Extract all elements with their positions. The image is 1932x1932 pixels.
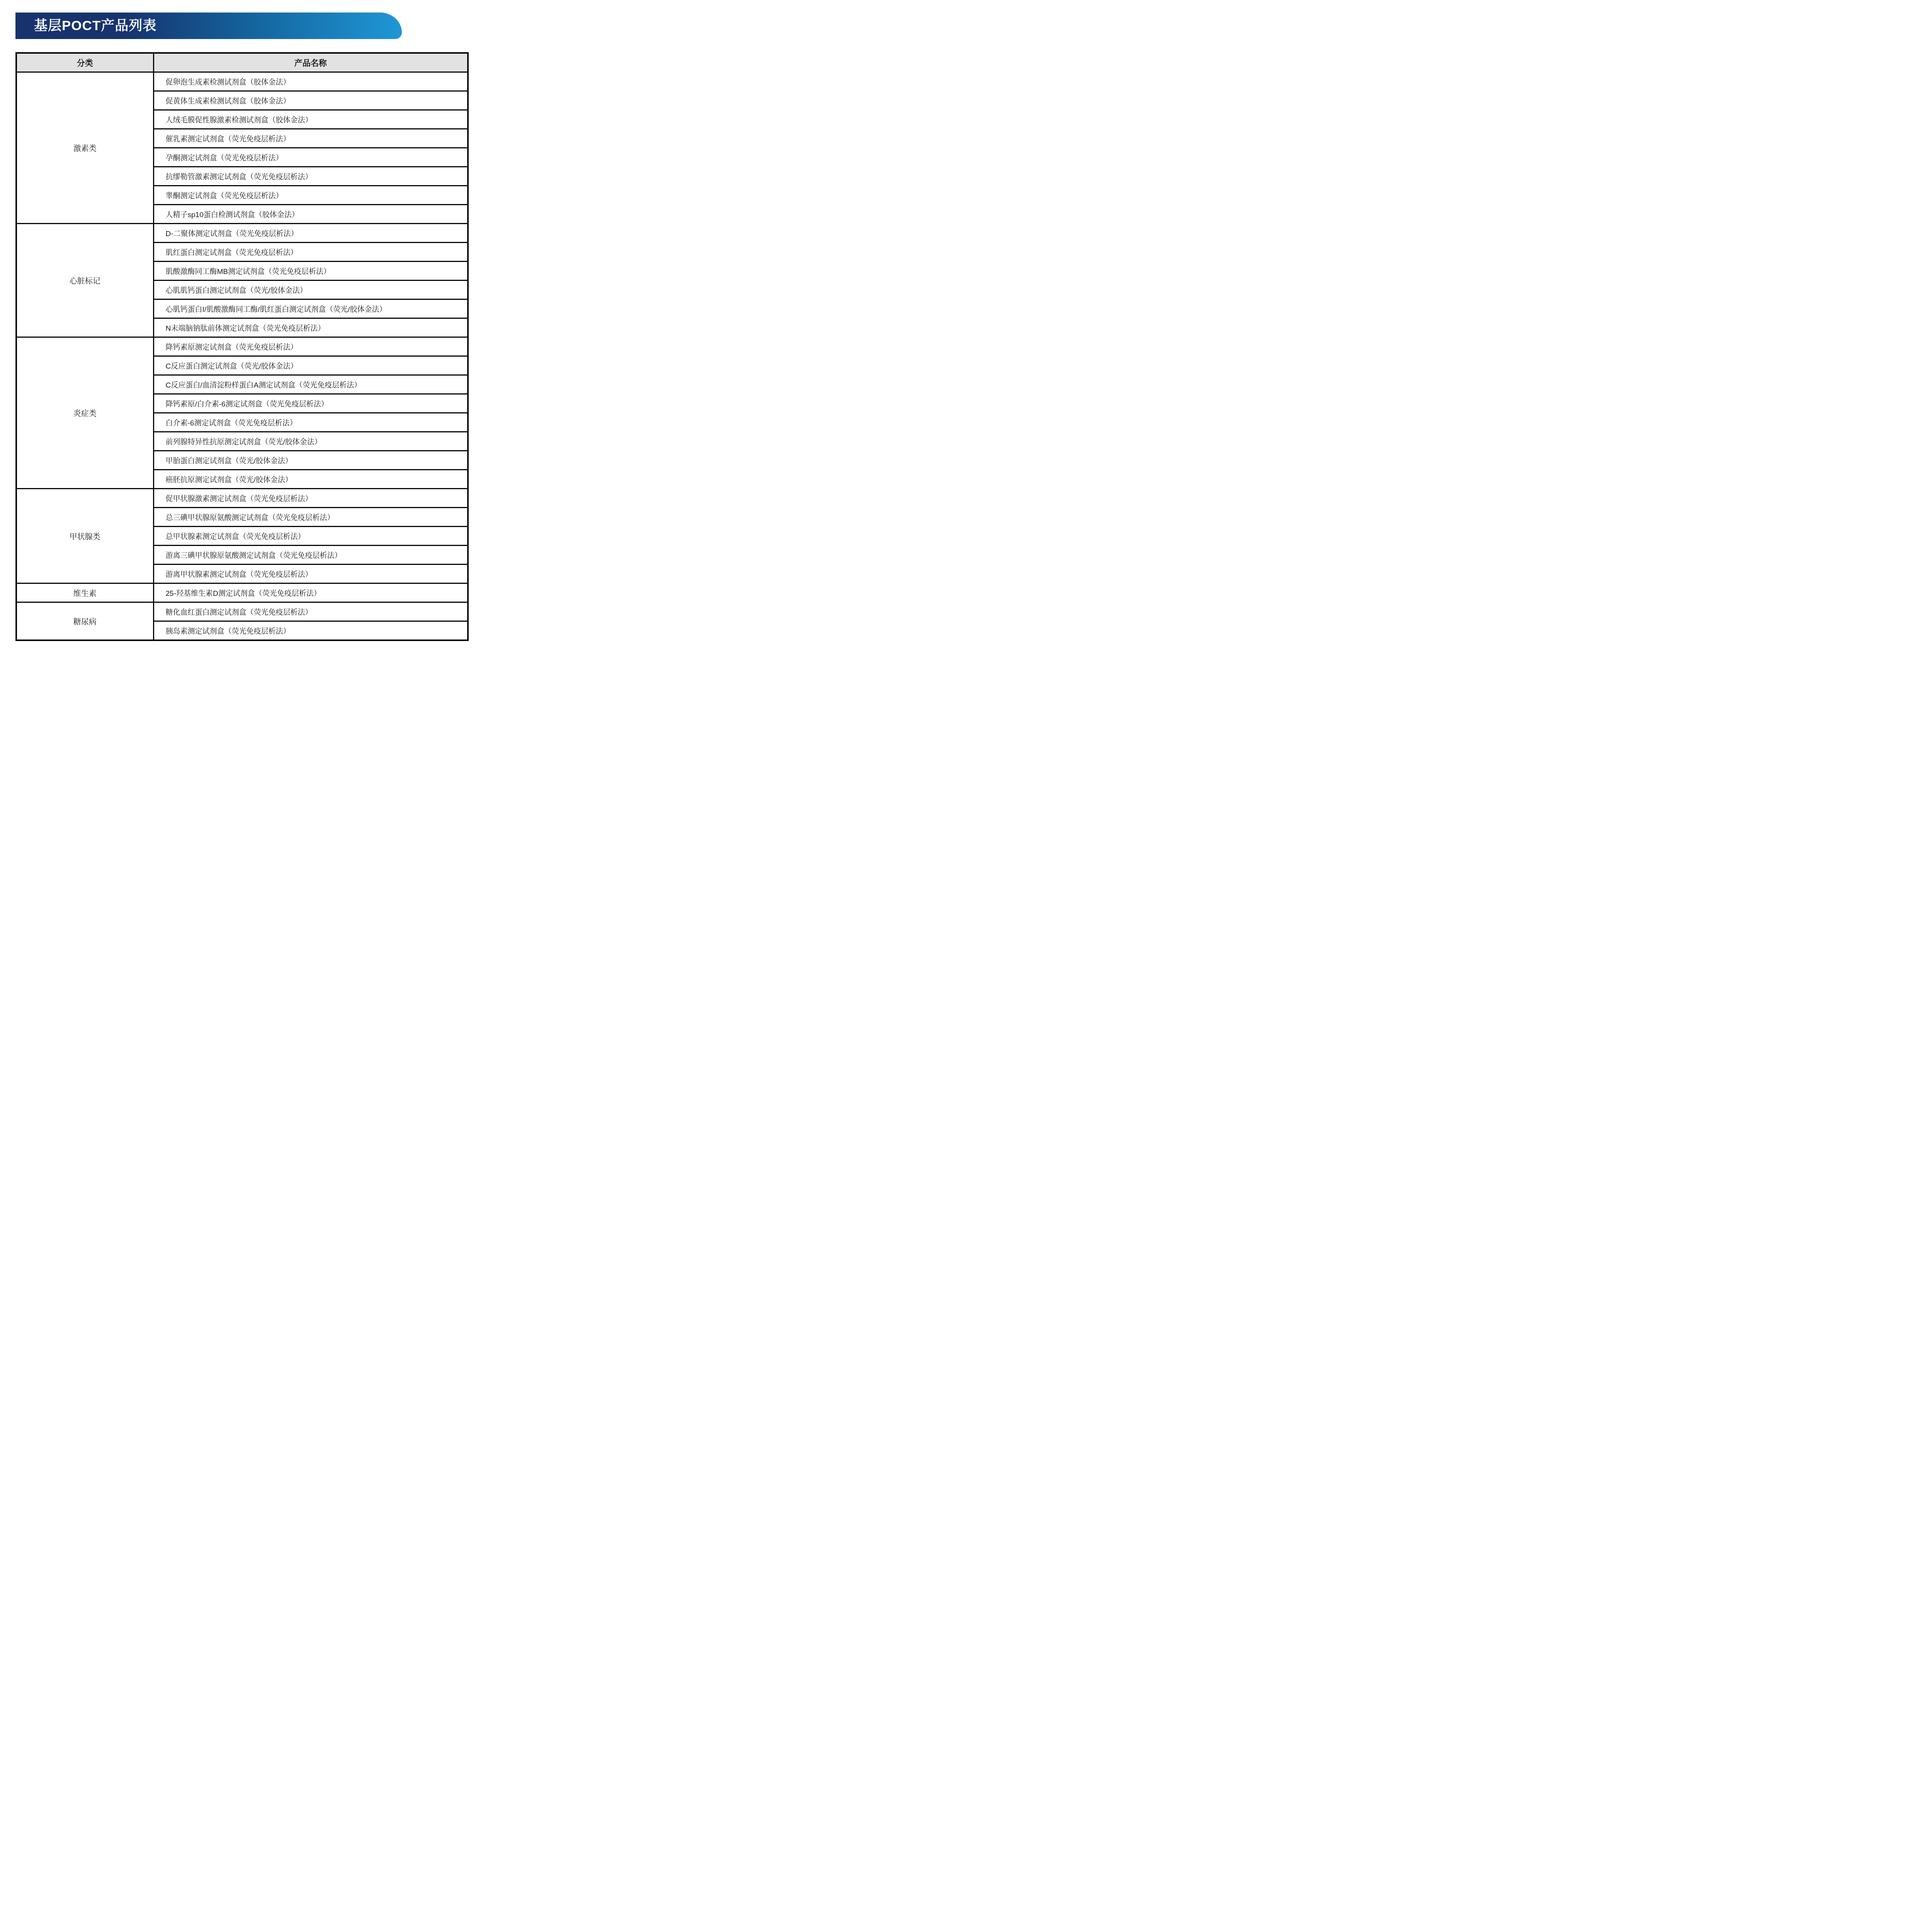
product-table: 分类 产品名称 激素类促卵泡生成素检测试剂盒（胶体金法）促黄体生成素检测试剂盒（… xyxy=(15,52,469,641)
product-cell: 促黄体生成素检测试剂盒（胶体金法） xyxy=(153,91,468,110)
product-cell: 甲胎蛋白测定试剂盒（荧光/胶体金法） xyxy=(153,451,468,470)
product-cell: 25-羟基维生素D测定试剂盒（荧光免疫层析法） xyxy=(153,583,468,602)
product-cell: 肌红蛋白测定试剂盒（荧光免疫层析法） xyxy=(153,243,468,262)
product-cell: 降钙素原/白介素-6测定试剂盒（荧光免疫层析法） xyxy=(153,394,468,413)
title-banner: 基层POCT产品列表 xyxy=(15,12,402,39)
category-cell: 心脏标记 xyxy=(16,224,153,337)
product-cell: 催乳素测定试剂盒（荧光免疫层析法） xyxy=(153,129,468,148)
product-cell: 前列腺特异性抗原测定试剂盒（荧光/胶体金法） xyxy=(153,432,468,451)
product-cell: 游离甲状腺素测定试剂盒（荧光免疫层析法） xyxy=(153,565,468,583)
product-column-header: 产品名称 xyxy=(153,53,468,72)
category-cell: 炎症类 xyxy=(16,337,153,489)
product-cell: 促卵泡生成素检测试剂盒（胶体金法） xyxy=(153,72,468,91)
product-cell: 总甲状腺素测定试剂盒（荧光免疫层析法） xyxy=(153,527,468,546)
product-cell: 睾酮测定试剂盒（荧光免疫层析法） xyxy=(153,186,468,205)
product-cell: 游离三碘甲状腺原氨酸测定试剂盒（荧光免疫层析法） xyxy=(153,546,468,565)
product-cell: 癌胚抗原测定试剂盒（荧光/胶体金法） xyxy=(153,470,468,489)
product-cell: 糖化血红蛋白测定试剂盒（荧光免疫层析法） xyxy=(153,602,468,621)
product-cell: N末端脑钠肽前体测定试剂盒（荧光免疫层析法） xyxy=(153,318,468,337)
table-row: 炎症类降钙素原测定试剂盒（荧光免疫层析法） xyxy=(16,337,468,356)
product-cell: 促甲状腺激素测定试剂盒（荧光免疫层析法） xyxy=(153,489,468,508)
product-cell: 白介素-6测定试剂盒（荧光免疫层析法） xyxy=(153,413,468,432)
category-cell: 维生素 xyxy=(16,583,153,602)
product-cell: C反应蛋白/血清淀粉样蛋白A测定试剂盒（荧光免疫层析法） xyxy=(153,375,468,394)
product-cell: 总三碘甲状腺原氨酸测定试剂盒（荧光免疫层析法） xyxy=(153,508,468,527)
table-header-row: 分类 产品名称 xyxy=(16,53,468,72)
table-row: 甲状腺类促甲状腺激素测定试剂盒（荧光免疫层析法） xyxy=(16,489,468,508)
product-cell: 降钙素原测定试剂盒（荧光免疫层析法） xyxy=(153,337,468,356)
product-cell: 孕酮测定试剂盒（荧光免疫层析法） xyxy=(153,148,468,167)
page: 基层POCT产品列表 分类 产品名称 激素类促卵泡生成素检测试剂盒（胶体金法）促… xyxy=(0,0,483,657)
product-cell: C反应蛋白测定试剂盒（荧光/胶体金法） xyxy=(153,356,468,375)
product-cell: 抗缪勒管激素测定试剂盒（荧光免疫层析法） xyxy=(153,167,468,186)
product-cell: 人绒毛膜促性腺激素检测试剂盒（胶体金法） xyxy=(153,110,468,129)
category-column-header: 分类 xyxy=(16,53,153,72)
page-title: 基层POCT产品列表 xyxy=(15,12,402,39)
category-cell: 甲状腺类 xyxy=(16,489,153,583)
table-row: 激素类促卵泡生成素检测试剂盒（胶体金法） xyxy=(16,72,468,91)
product-cell: 肌酸激酶同工酶MB测定试剂盒（荧光免疫层析法） xyxy=(153,262,468,281)
product-cell: 心肌肌钙蛋白测定试剂盒（荧光/胶体金法） xyxy=(153,281,468,299)
product-cell: D-二聚体测定试剂盒（荧光免疫层析法） xyxy=(153,224,468,243)
product-cell: 心肌钙蛋白I/肌酸激酶同工酶/肌红蛋白测定试剂盒（荧光/胶体金法） xyxy=(153,299,468,318)
category-cell: 糖尿病 xyxy=(16,602,153,641)
table-row: 维生素25-羟基维生素D测定试剂盒（荧光免疫层析法） xyxy=(16,583,468,602)
category-cell: 激素类 xyxy=(16,72,153,224)
table-row: 糖尿病糖化血红蛋白测定试剂盒（荧光免疫层析法） xyxy=(16,602,468,621)
product-cell: 人精子sp10蛋白检测试剂盒（胶体金法） xyxy=(153,205,468,224)
product-table-body: 激素类促卵泡生成素检测试剂盒（胶体金法）促黄体生成素检测试剂盒（胶体金法）人绒毛… xyxy=(16,72,468,641)
table-row: 心脏标记D-二聚体测定试剂盒（荧光免疫层析法） xyxy=(16,224,468,243)
product-cell: 胰岛素测定试剂盒（荧光免疫层析法） xyxy=(153,621,468,641)
